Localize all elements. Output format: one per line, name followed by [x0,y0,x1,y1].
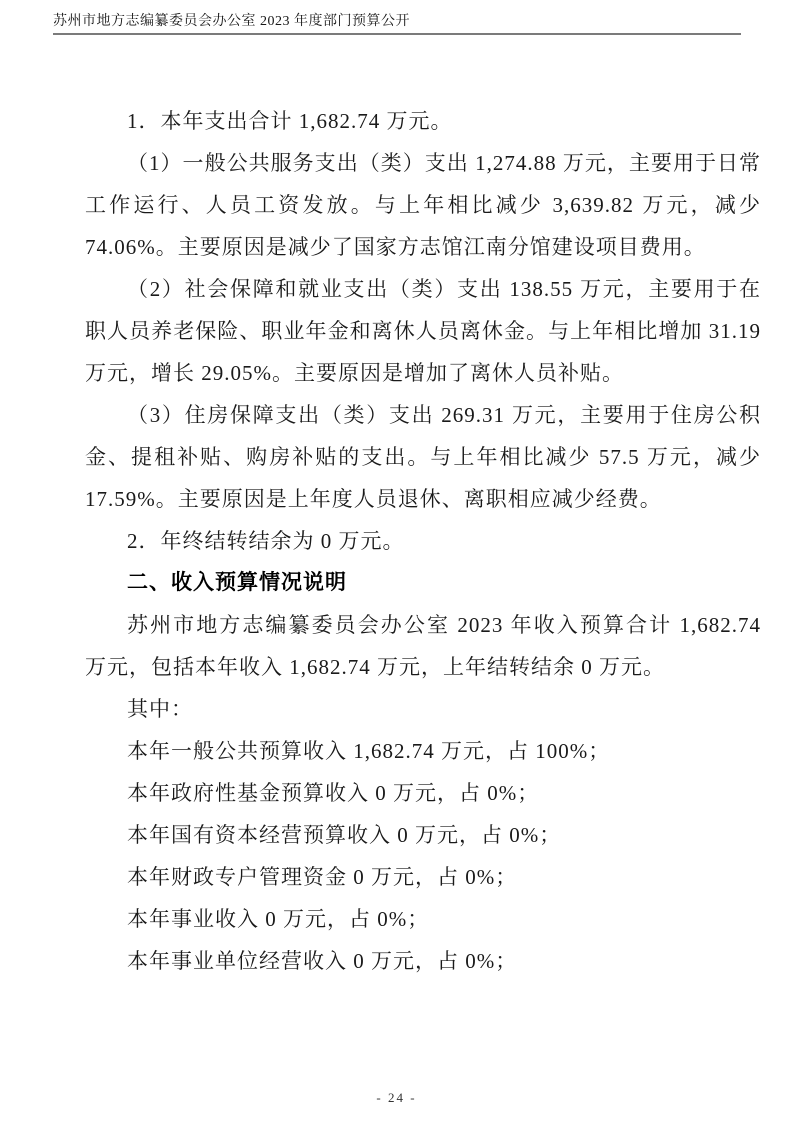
section-heading-income-budget: 二、收入预算情况说明 [85,562,761,604]
paragraph-general-public-service-expense: （1）一般公共服务支出（类）支出 1,274.88 万元，主要用于日常工作运行、… [85,142,761,268]
document-header-title: 苏州市地方志编纂委员会办公室 2023 年度部门预算公开 [53,14,410,29]
paragraph-social-security-expense: （2）社会保障和就业支出（类）支出 138.55 万元，主要用于在职人员养老保险… [85,268,761,394]
paragraph-expense-total: 1．本年支出合计 1,682.74 万元。 [85,100,761,142]
document-page: { "header": { "title": "苏州市地方志编纂委员会办公室 2… [0,0,793,1122]
paragraph-year-end-carryover: 2．年终结转结余为 0 万元。 [85,520,761,562]
paragraph-housing-security-expense: （3）住房保障支出（类）支出 269.31 万元，主要用于住房公积金、提租补贴、… [85,394,761,520]
paragraph-income-total: 苏州市地方志编纂委员会办公室 2023 年收入预算合计 1,682.74 万元，… [85,604,761,688]
document-header: 苏州市地方志编纂委员会办公室 2023 年度部门预算公开 [53,13,741,35]
paragraph-state-capital-income: 本年国有资本经营预算收入 0 万元，占 0%； [85,814,761,856]
document-body: 1．本年支出合计 1,682.74 万元。 （1）一般公共服务支出（类）支出 1… [85,100,761,982]
paragraph-institution-operating-income: 本年事业单位经营收入 0 万元，占 0%； [85,940,761,982]
paragraph-general-public-budget-income: 本年一般公共预算收入 1,682.74 万元，占 100%； [85,730,761,772]
paragraph-institution-income: 本年事业收入 0 万元，占 0%； [85,898,761,940]
paragraph-breakdown-label: 其中： [85,688,761,730]
paragraph-fiscal-special-account-funds: 本年财政专户管理资金 0 万元，占 0%； [85,856,761,898]
page-number: - 24 - [376,1090,416,1105]
paragraph-government-fund-income: 本年政府性基金预算收入 0 万元，占 0%； [85,772,761,814]
document-footer: - 24 - [0,1090,793,1106]
